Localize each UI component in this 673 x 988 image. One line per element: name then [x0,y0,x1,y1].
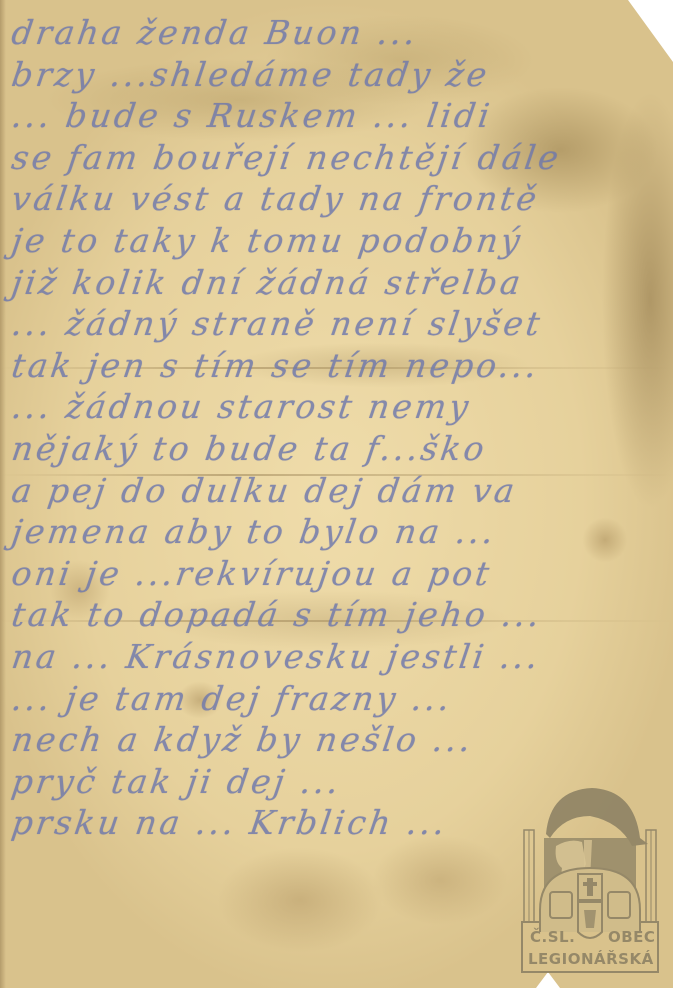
text-line: nějaký to bude ta f...ško [9,428,665,470]
text-line: draha ženda Buon ... [9,12,665,54]
text-line: brzy ...shledáme tady že [9,54,665,96]
text-line: je to taky k tomu podobný [9,220,665,262]
text-line: ... je tam dej frazny ... [9,678,665,720]
text-line: a pej do dulku dej dám va [9,470,665,512]
text-line: válku vést a tady na frontě [9,178,665,220]
legion-watermark: Č.SL. OBEC LEGIONÁŘSKÁ [520,782,660,974]
text-line: jemena aby to bylo na ... [9,511,665,553]
watermark-text-obec: OBEC [608,928,655,946]
text-line: na ... Krásnovesku jestli ... [9,636,665,678]
text-line: ... bude s Ruskem ... lidi [9,95,665,137]
text-line: tak to dopadá s tím jeho ... [9,594,665,636]
text-line: ... žádný straně není slyšet [9,303,665,345]
paper-left-edge [0,0,6,988]
text-line: tak jen s tím se tím nepo... [9,345,665,387]
text-line: nech a když by nešlo ... [9,719,665,761]
watermark-text-legionarska: LEGIONÁŘSKÁ [528,950,654,968]
text-line: oni je ...rekvírujou a pot [9,553,665,595]
handwritten-text: draha ženda Buon ... brzy ...shledáme ta… [12,12,662,844]
text-line: se fam bouřejí nechtějí dále [9,137,665,179]
text-line: ... žádnou starost nemy [9,386,665,428]
text-line: již kolik dní žádná střelba [9,262,665,304]
watermark-text-csl: Č.SL. [530,928,575,946]
